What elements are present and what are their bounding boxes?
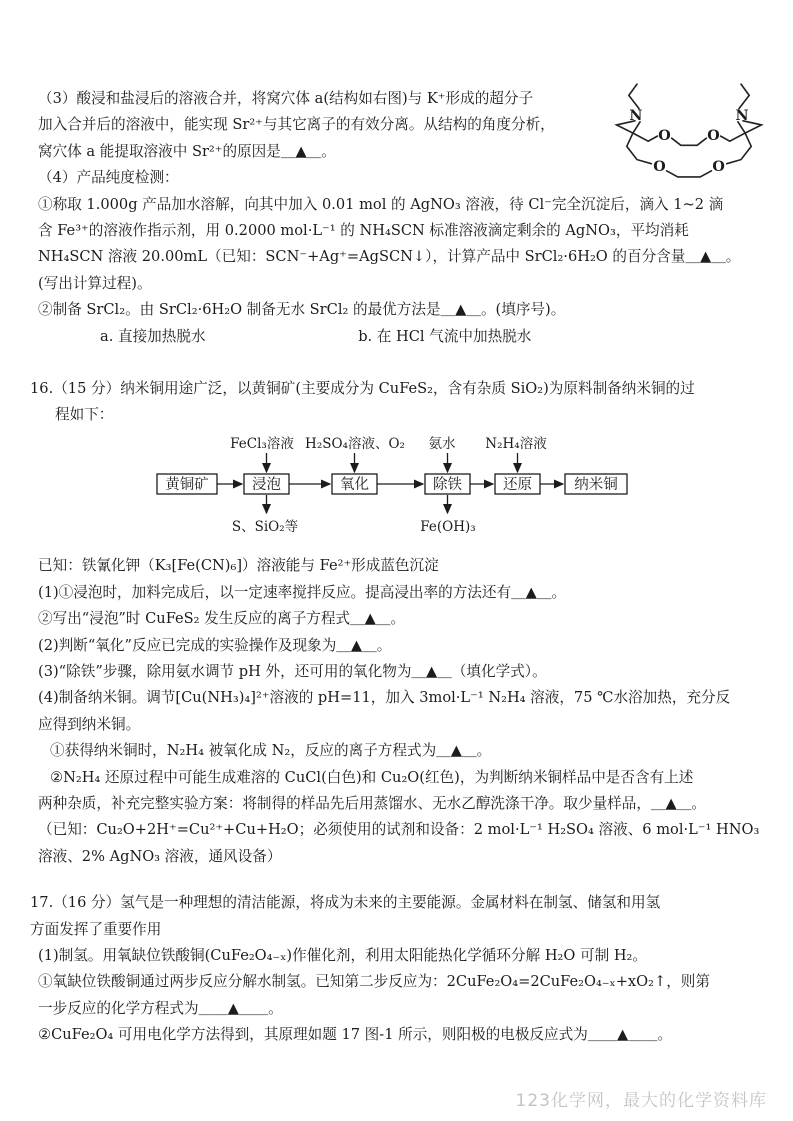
flow-step-label: 黄铜矿 — [165, 475, 209, 493]
text-line: ②写出“浸泡”时 CuFeS₂ 发生反应的离子方程式＿▲＿。 — [38, 606, 775, 632]
text-line: (4)制备纳米铜。调节[Cu(NH₃)₄]²⁺溶液的 pH=11，加入 3mol… — [38, 685, 775, 711]
option-b: b. 在 HCl 气流中加热脱水 — [358, 328, 531, 345]
known-info: 已知：铁氰化钾（K₃[Fe(CN)₆]）溶液能与 Fe²⁺形成蓝色沉淀 — [38, 553, 775, 579]
byproduct-label: S、SiO₂等 — [232, 519, 298, 535]
flow-step-label: 除铁 — [433, 476, 462, 493]
text-line: 窝穴体 a 能提取溶液中 Sr²⁺的原因是＿▲＿。 — [38, 139, 775, 165]
byproduct-label: Fe(OH)₃ — [420, 519, 475, 535]
arrow-down — [267, 453, 518, 513]
text-line: 程如下： — [38, 402, 775, 428]
text-line: NH₄SCN 溶液 20.00mL（已知：SCN⁻+Ag⁺=AgSCN↓），计算… — [38, 244, 775, 270]
flow-text: FeCl₃溶液 H₂SO₄溶液、O₂ 氨水 N₂H₄溶液 黄铜矿 浸泡 氧化 除… — [165, 435, 618, 535]
spacer — [38, 350, 775, 376]
reagent-label: N₂H₄溶液 — [485, 435, 547, 452]
flow-step-label: 浸泡 — [252, 476, 281, 493]
known-info: （已知：Cu₂O+2H⁺=Cu²⁺+Cu+H₂O；必须使用的试剂和设备：2 mo… — [38, 817, 775, 843]
text-line: (2)判断“氧化”反应已完成的实验操作及现象为＿▲＿。 — [38, 633, 775, 659]
text-line: (写出计算过程)。 — [38, 271, 775, 297]
section-heading: （4）产品纯度检测： — [38, 165, 775, 191]
flow-step-label: 还原 — [503, 476, 532, 493]
text-line: 加入合并后的溶液中，能实现 Sr²⁺与其它离子的有效分离。从结构的角度分析， — [38, 112, 775, 138]
flow-step-label: 氧化 — [340, 476, 369, 493]
text-line: 应得到纳米铜。 — [38, 712, 775, 738]
option-a: a. 直接加热脱水 — [100, 328, 206, 345]
exam-page: N N O O O O （3）酸浸和盐浸后的溶液合并，将窝穴体 a(结构如右图)… — [0, 0, 793, 1121]
text-line: ②N₂H₄ 还原过程中可能生成难溶的 CuCl(白色)和 Cu₂O(红色)，为判… — [38, 765, 775, 791]
known-info: 溶液、2% AgNO₃ 溶液，通风设备） — [38, 844, 775, 870]
text-line: ②CuFe₂O₄ 可用电化学方法得到，其原理如题 17 图-1 所示，则阳极的电… — [38, 1022, 775, 1048]
text-line: (1)制氢。用氧缺位铁酸铜(CuFe₂O₄₋ₓ)作催化剂，利用太阳能热化学循环分… — [38, 943, 775, 969]
text-line: ②制备 SrCl₂。由 SrCl₂·6H₂O 制备无水 SrCl₂ 的最优方法是… — [38, 297, 775, 323]
site-watermark: 123化学网，最大的化学资料库 — [516, 1086, 767, 1111]
spacer — [38, 870, 775, 890]
reagent-label: FeCl₃溶液 — [230, 435, 294, 452]
answer-options-row: a. 直接加热脱水 b. 在 HCl 气流中加热脱水 — [38, 324, 775, 350]
reagent-label: 氨水 — [429, 435, 456, 452]
text-line: （3）酸浸和盐浸后的溶液合并，将窝穴体 a(结构如右图)与 K⁺形成的超分子 — [38, 86, 775, 112]
text-line: ①获得纳米铜时，N₂H₄ 被氧化成 N₂，反应的离子方程式为＿▲＿。 — [38, 738, 775, 764]
text-line: ①称取 1.000g 产品加水溶解，向其中加入 0.01 mol 的 AgNO₃… — [38, 192, 775, 218]
text-line: 方面发挥了重要作用 — [30, 917, 775, 943]
process-flow-diagram: FeCl₃溶液 H₂SO₄溶液、O₂ 氨水 N₂H₄溶液 黄铜矿 浸泡 氧化 除… — [142, 434, 775, 547]
text-line: 含 Fe³⁺的溶液作指示剂，用 0.2000 mol·L⁻¹ 的 NH₄SCN … — [38, 218, 775, 244]
reagent-label: H₂SO₄溶液、O₂ — [305, 435, 405, 452]
question-16-heading: 16.（15 分）纳米铜用途广泛，以黄铜矿(主要成分为 CuFeS₂，含有杂质 … — [30, 376, 775, 402]
text-line: 两种杂质，补充完整实验方案：将制得的样品先后用蒸馏水、无水乙醇洗涤干净。取少量样… — [38, 791, 775, 817]
flow-step-label: 纳米铜 — [574, 475, 618, 493]
question-17-heading: 17.（16 分）氢气是一种理想的清洁能源，将成为未来的主要能源。金属材料在制氢… — [30, 890, 775, 916]
text-line: (1)①浸泡时，加料完成后，以一定速率搅拌反应。提高浸出率的方法还有＿▲＿。 — [38, 580, 775, 606]
text-line: (3)“除铁”步骤，除用氨水调节 pH 外，还可用的氧化物为＿▲＿（填化学式）。 — [38, 659, 775, 685]
text-line: 一步反应的化学方程式为＿＿▲＿＿。 — [38, 996, 775, 1022]
text-line: ①氧缺位铁酸铜通过两步反应分解水制氢。已知第二步反应为：2CuFe₂O₄=2Cu… — [38, 969, 775, 995]
exam-body: （3）酸浸和盐浸后的溶液合并，将窝穴体 a(结构如右图)与 K⁺形成的超分子 加… — [38, 86, 775, 1049]
